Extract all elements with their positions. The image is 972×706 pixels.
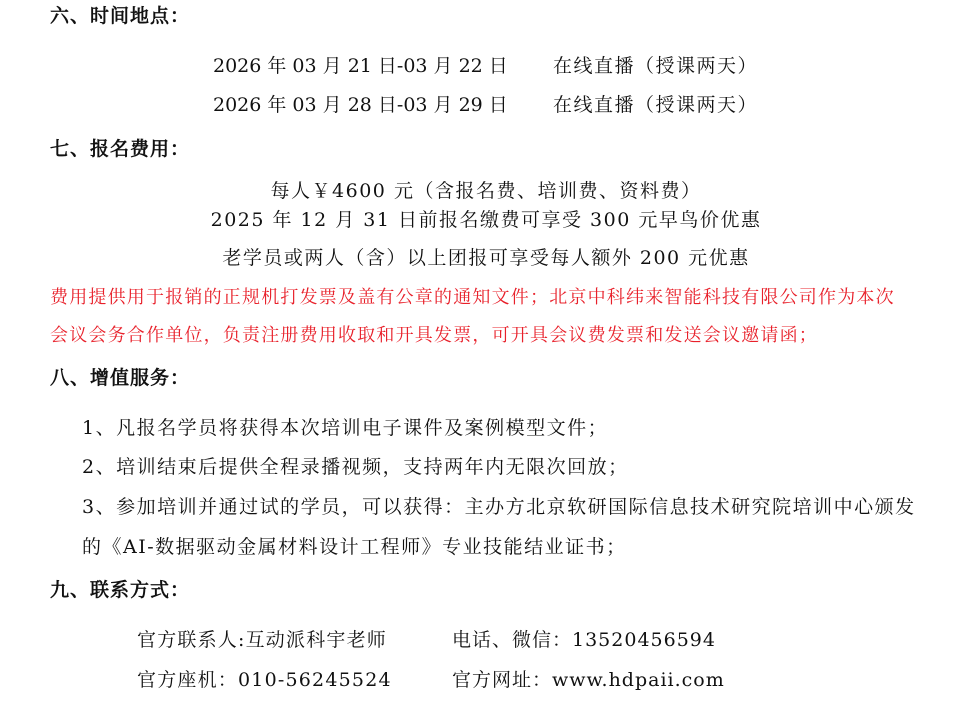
section-heading-time-place: 六、时间地点： bbox=[50, 4, 190, 28]
schedule-row: 2026 年 03 月 28 日-03 月 29 日在线直播（授课两天） bbox=[213, 93, 758, 117]
contact-website: 官方网址：www.hdpaii.com bbox=[452, 668, 725, 692]
section-heading-fees: 七、报名费用： bbox=[50, 137, 190, 161]
schedule-row: 2026 年 03 月 21 日-03 月 22 日在线直播（授课两天） bbox=[213, 54, 758, 78]
schedule-mode: 在线直播（授课两天） bbox=[553, 93, 758, 117]
contact-row: 官方座机：010-56245524官方网址：www.hdpaii.com bbox=[137, 668, 725, 692]
service-item: 1、凡报名学员将获得本次培训电子课件及案例模型文件； bbox=[82, 416, 608, 440]
section-heading-contact: 九、联系方式： bbox=[50, 578, 190, 602]
contact-person: 官方联系人:互动派科宇老师 bbox=[137, 628, 452, 652]
fee-line: 2025 年 12 月 31 日前报名缴费可享受 300 元早鸟价优惠 bbox=[0, 208, 972, 232]
contact-row: 官方联系人:互动派科宇老师电话、微信：13520456594 bbox=[137, 628, 716, 652]
contact-phone: 电话、微信：13520456594 bbox=[452, 628, 716, 652]
fee-notice-line: 会议会务合作单位，负责注册费用收取和开具发票，可开具会议费发票和发送会议邀请函； bbox=[50, 324, 818, 348]
schedule-date: 2026 年 03 月 21 日-03 月 22 日 bbox=[213, 54, 553, 78]
schedule-date: 2026 年 03 月 28 日-03 月 29 日 bbox=[213, 93, 553, 117]
service-item: 2、培训结束后提供全程录播视频，支持两年内无限次回放； bbox=[82, 455, 629, 479]
fee-notice-line: 费用提供用于报销的正规机打发票及盖有公章的通知文件；北京中科纬来智能科技有限公司… bbox=[50, 286, 895, 310]
fee-line: 老学员或两人（含）以上团报可享受每人额外 200 元优惠 bbox=[0, 246, 972, 270]
schedule-mode: 在线直播（授课两天） bbox=[553, 54, 758, 78]
service-item-continued: 的《AI-数据驱动金属材料设计工程师》专业技能结业证书； bbox=[82, 535, 627, 559]
contact-landline: 官方座机：010-56245524 bbox=[137, 668, 452, 692]
service-item: 3、参加培训并通过试的学员，可以获得：主办方北京软研国际信息技术研究院培训中心颁… bbox=[82, 495, 916, 519]
fee-line: 每人￥4600 元（含报名费、培训费、资料费） bbox=[0, 179, 972, 203]
section-heading-services: 八、增值服务： bbox=[50, 366, 190, 390]
